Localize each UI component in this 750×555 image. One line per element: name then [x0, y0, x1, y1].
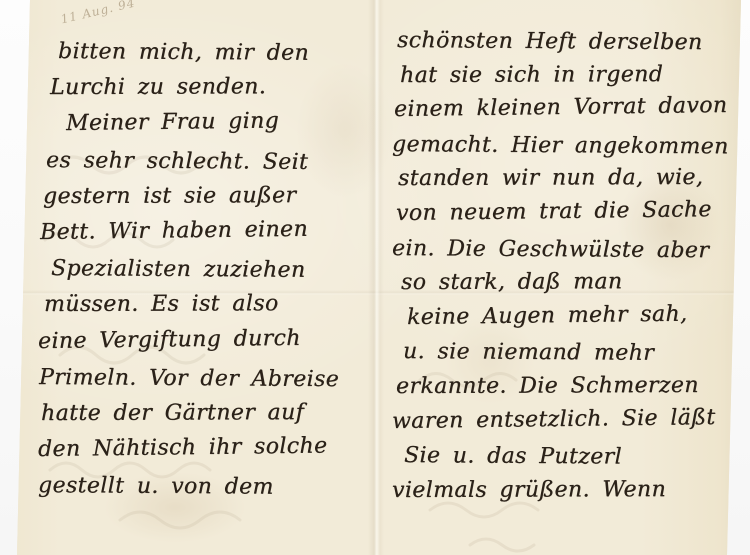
handwriting-line: so stark, daß man	[401, 265, 730, 301]
handwriting-lines-left: bitten mich, mir denLurchi zu senden.Mei…	[38, 34, 372, 504]
handwriting-line: keine Augen mehr sah,	[407, 297, 730, 336]
handwriting-line: Sie u. das Putzerl	[404, 439, 730, 476]
handwriting-line: schönsten Heft derselben	[397, 24, 730, 61]
handwriting-line: Primeln. Vor der Abreise	[39, 360, 372, 399]
handwriting-line: gemacht. Hier angekommen	[392, 128, 730, 165]
handwriting-line: standen wir nun da, wie,	[398, 161, 730, 197]
handwriting-line: es sehr schlecht. Seit	[46, 143, 372, 181]
handwriting-line: bitten mich, mir den	[58, 34, 372, 72]
handwriting-lines-right: schönsten Heft derselbenhat sie sich in …	[392, 24, 730, 508]
handwriting-line: müssen. Es ist also	[44, 286, 372, 323]
handwriting-line: hatte der Gärtner auf	[41, 395, 372, 432]
handwriting-line: waren entsetzlich. Sie läßt	[392, 400, 730, 439]
handwriting-line: gestellt u. von dem	[38, 468, 372, 507]
handwriting-line: eine Vergiftung durch	[38, 319, 372, 359]
letter-paper: 11 Aug. 94 bitten mich, mir denLurchi zu…	[0, 0, 750, 555]
handwriting-line: einem kleinen Vorrat davon	[394, 89, 730, 128]
handwriting-line: Bett. Wir haben einen	[40, 211, 372, 251]
handwriting-line: den Nähtisch ihr solche	[38, 428, 372, 468]
handwriting-line: hat sie sich in irgend	[400, 57, 730, 93]
handwriting-line: Meiner Frau ging	[66, 103, 372, 143]
handwriting-line: von neuem trat die Sache	[396, 193, 730, 232]
handwriting-line: erkannte. Die Schmerzen	[396, 369, 730, 405]
handwriting-line: u. sie niemand mehr	[403, 335, 730, 372]
letter-page-right: schönsten Heft derselbenhat sie sich in …	[392, 0, 730, 508]
handwriting-line: vielmals grüßen. Wenn	[392, 473, 730, 509]
handwriting-line: gestern ist sie außer	[43, 178, 372, 215]
handwriting-line: Lurchi zu senden.	[50, 69, 372, 106]
handwriting-line: ein. Die Geschwülste aber	[392, 232, 730, 269]
letter-scan: 11 Aug. 94 bitten mich, mir denLurchi zu…	[0, 0, 750, 555]
letter-page-left: bitten mich, mir denLurchi zu senden.Mei…	[38, 0, 372, 504]
handwriting-line: Spezialisten zuziehen	[51, 251, 372, 289]
